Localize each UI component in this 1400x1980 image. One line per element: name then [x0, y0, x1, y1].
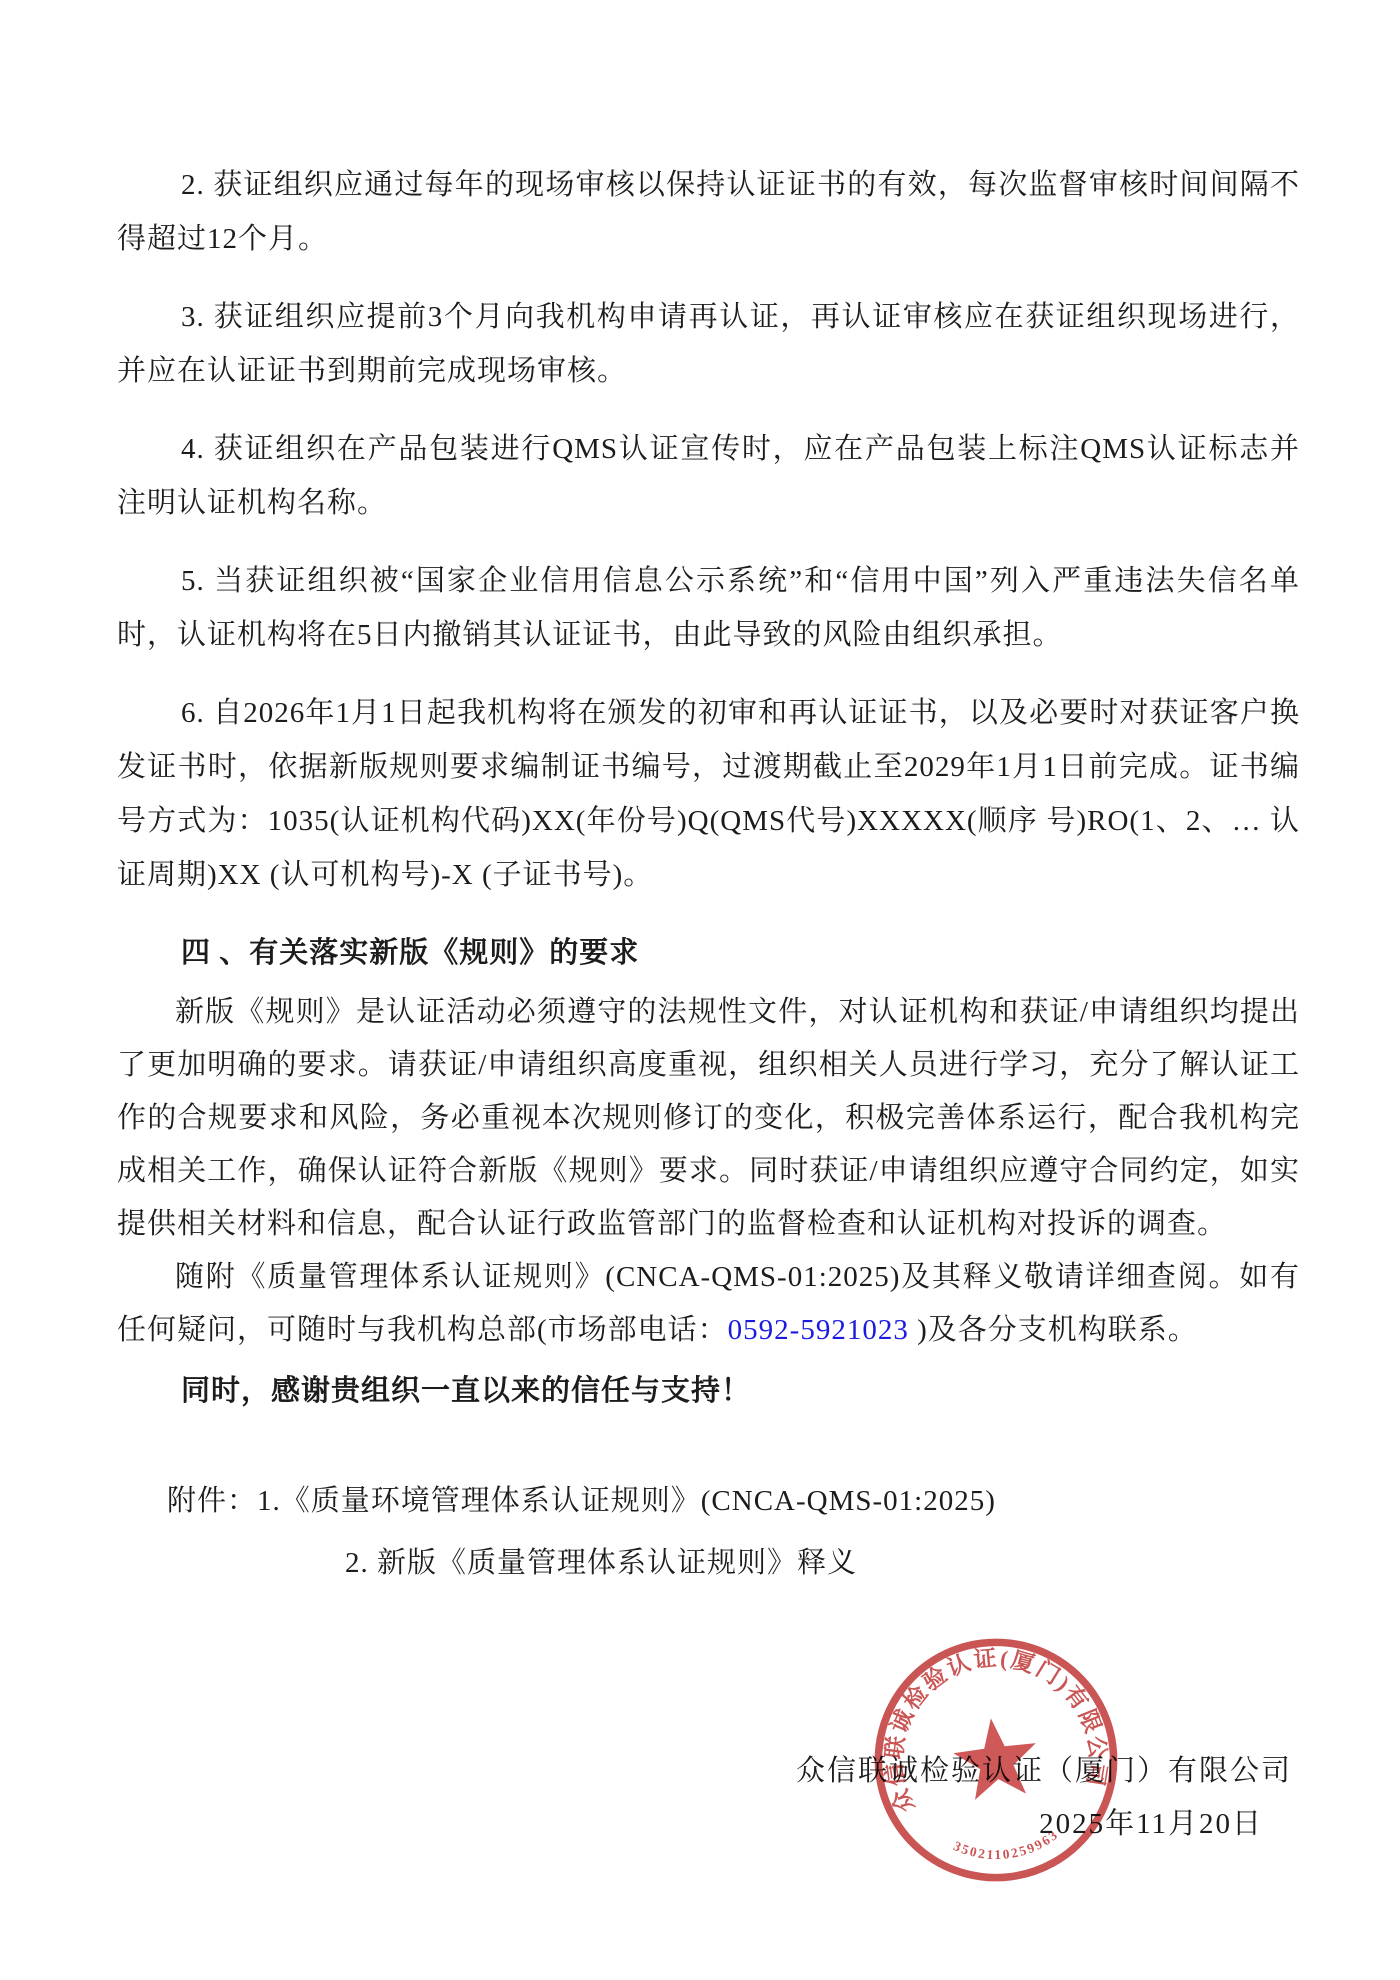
svg-text:3502110259963: 3502110259963 [950, 1825, 1064, 1868]
stamp-serial-number: 3502110259963 [950, 1825, 1064, 1868]
phone-number-link[interactable]: 0592-5921023 [728, 1314, 909, 1346]
numbered-paragraph-4: 4. 获证组织在产品包装进行QMS认证宣传时，应在产品包装上标注QMS认证标志并… [117, 422, 1300, 530]
thanks-line: 同时，感谢贵组织一直以来的信任与支持！ [117, 1365, 1300, 1418]
star-icon [950, 1713, 1042, 1802]
attachments-block: 附件：1.《质量环境管理体系认证规则》(CNCA-QMS-01:2025) 2.… [117, 1470, 1300, 1594]
attachment-item-1: 附件：1.《质量环境管理体系认证规则》(CNCA-QMS-01:2025) [117, 1470, 1300, 1532]
document-page: 2. 获证组织应通过每年的现场审核以保持认证证书的有效，每次监督审核时间间隔不得… [0, 0, 1400, 1980]
numbered-paragraph-2: 2. 获证组织应通过每年的现场审核以保持认证证书的有效，每次监督审核时间间隔不得… [117, 158, 1300, 266]
numbered-paragraph-6: 6. 自2026年1月1日起我机构将在颁发的初审和再认证证书，以及必要时对获证客… [117, 686, 1300, 902]
section-four-heading: 四 、有关落实新版《规则》的要求 [117, 926, 1300, 980]
contact-text-after-phone: )及各分支机构联系。 [909, 1314, 1198, 1346]
numbered-paragraph-3: 3. 获证组织应提前3个月向我机构申请再认证，再认证审核应在获证组织现场进行，并… [117, 290, 1300, 398]
attachment-item-2: 2. 新版《质量管理体系认证规则》释义 [117, 1532, 1300, 1594]
letter-body: 2. 获证组织应通过每年的现场审核以保持认证证书的有效，每次监督审核时间间隔不得… [117, 158, 1300, 1594]
company-seal-stamp: 众信联诚检验认证(厦门)有限公司 3502110259963 [856, 1620, 1137, 1901]
numbered-paragraph-5: 5. 当获证组织被“国家企业信用信息公示系统”和“信用中国”列入严重违法失信名单… [117, 554, 1300, 662]
contact-paragraph: 随附《质量管理体系认证规则》(CNCA-QMS-01:2025)及其释义敬请详细… [117, 1251, 1300, 1357]
section-four-paragraph-1: 新版《规则》是认证活动必须遵守的法规性文件，对认证机构和获证/申请组织均提出了更… [117, 986, 1300, 1251]
